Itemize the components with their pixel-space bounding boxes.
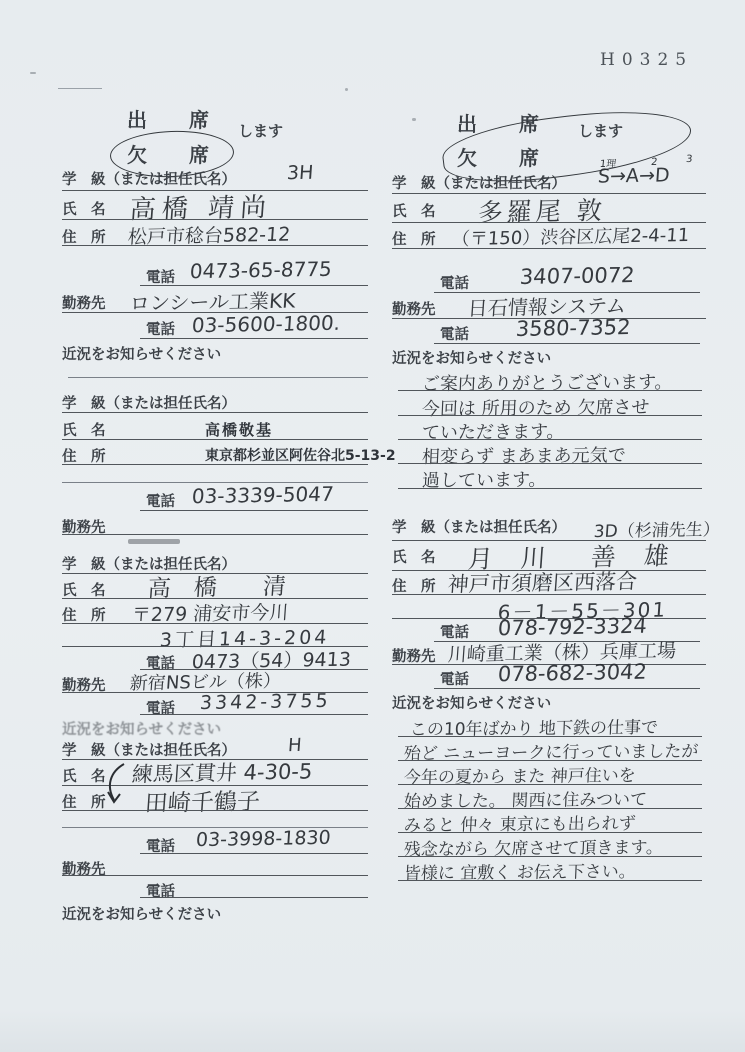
class-label: 学 級（または担任氏名） bbox=[392, 172, 566, 193]
news-label: 近況をお知らせください bbox=[62, 343, 221, 364]
class-value: 3H bbox=[286, 162, 314, 184]
name-label: 氏 名 bbox=[392, 546, 436, 567]
phone-label: 電話 bbox=[146, 266, 175, 287]
class-label: 学 級（または担任氏名） bbox=[392, 516, 566, 537]
news-label: 近況をお知らせください bbox=[62, 903, 221, 924]
name-label: 氏 名 bbox=[392, 200, 436, 221]
rule-line bbox=[62, 464, 368, 465]
name-value: 高橋敬基 bbox=[205, 419, 273, 440]
rule-line bbox=[140, 338, 368, 339]
name-label: 氏 名 bbox=[62, 765, 106, 786]
name-label: 氏 名 bbox=[62, 419, 106, 440]
rule-line bbox=[434, 688, 700, 689]
rule-line bbox=[62, 534, 368, 535]
work-phone-value: 3580-7352 bbox=[515, 315, 631, 341]
rule-line bbox=[140, 714, 368, 715]
address-label: 住 所 bbox=[62, 791, 106, 812]
rule-line bbox=[398, 488, 702, 489]
attend-heading: 出席 bbox=[127, 104, 251, 133]
name-label: 氏 名 bbox=[62, 579, 106, 600]
address-label: 住 所 bbox=[62, 604, 106, 625]
address-value: （〒150）渋谷区広尾2-4-11 bbox=[451, 221, 690, 251]
note-line: ていただきます。 bbox=[421, 417, 565, 444]
work-phone-value: 078-682-3042 bbox=[497, 660, 648, 687]
scanned-reply-form-page: H0325 出席 します 欠席 学 級（または担任氏名） 3H 氏 名 高橋 靖… bbox=[0, 0, 745, 1052]
rule-line bbox=[398, 880, 702, 881]
address-label: 住 所 bbox=[62, 445, 106, 466]
scan-speck bbox=[58, 88, 102, 89]
scan-speck bbox=[30, 72, 36, 74]
phone-label: 電話 bbox=[146, 490, 175, 511]
rule-line bbox=[398, 415, 702, 416]
scan-speck bbox=[412, 118, 416, 121]
phone-label: 電話 bbox=[146, 318, 175, 339]
rule-line bbox=[140, 510, 368, 511]
blank-note-line bbox=[68, 377, 368, 378]
class-superscript: 3 bbox=[685, 154, 693, 165]
rule-line bbox=[434, 343, 700, 344]
phone-label: 電話 bbox=[440, 668, 469, 689]
class-label: 学 級（または担任氏名） bbox=[62, 168, 236, 189]
shimasu-label: します bbox=[238, 120, 283, 141]
rule-line bbox=[140, 897, 368, 898]
rule-line bbox=[398, 463, 702, 464]
note-line: ご案内ありがとうございます。 bbox=[421, 368, 673, 396]
work-phone-value: 03-5600-1800. bbox=[191, 311, 341, 338]
swap-arrow-mark bbox=[100, 762, 134, 810]
rule-line bbox=[62, 245, 368, 246]
news-label: 近況をお知らせください bbox=[62, 718, 221, 739]
workplace-label: 勤務先 bbox=[62, 292, 106, 313]
class-label: 学 級（または担任氏名） bbox=[62, 392, 236, 413]
phone-value: 3407-0072 bbox=[519, 263, 635, 289]
phone-label: 電話 bbox=[440, 323, 469, 344]
workplace-label: 勤務先 bbox=[392, 298, 436, 319]
rule-line bbox=[62, 412, 368, 413]
rule-line bbox=[140, 853, 368, 854]
work-phone-value: 3342-3755 bbox=[199, 690, 331, 714]
document-number-stamp: H0325 bbox=[600, 50, 693, 70]
rule-line bbox=[62, 810, 368, 811]
phone-value: 03-3998-1830 bbox=[195, 827, 331, 851]
phone-value: 03-3339-5047 bbox=[191, 482, 335, 508]
class-value: H bbox=[287, 735, 302, 756]
class-value: S→A→D bbox=[597, 164, 670, 187]
rule-line bbox=[62, 875, 368, 876]
name-label: 氏 名 bbox=[62, 198, 106, 219]
rule-line bbox=[62, 439, 368, 440]
news-label: 近況をお知らせください bbox=[392, 692, 551, 713]
address-value: 東京都杉並区阿佐谷北5-13-2 bbox=[205, 445, 396, 465]
phone-value: 0473-65-8775 bbox=[189, 257, 333, 283]
rule-line bbox=[62, 219, 368, 220]
scan-speck bbox=[345, 88, 348, 91]
phone-label: 電話 bbox=[440, 272, 469, 293]
news-label: 近況をお知らせください bbox=[392, 347, 551, 368]
address-label: 住 所 bbox=[392, 228, 436, 249]
scribble-mark bbox=[128, 539, 180, 544]
workplace-label: 勤務先 bbox=[392, 645, 436, 666]
address-line-value: 田崎千鶴子 bbox=[144, 783, 261, 818]
rule-line bbox=[398, 390, 702, 391]
address-label: 住 所 bbox=[62, 226, 106, 247]
rule-line bbox=[392, 248, 706, 249]
rule-line bbox=[398, 439, 702, 440]
address-label: 住 所 bbox=[392, 575, 436, 596]
